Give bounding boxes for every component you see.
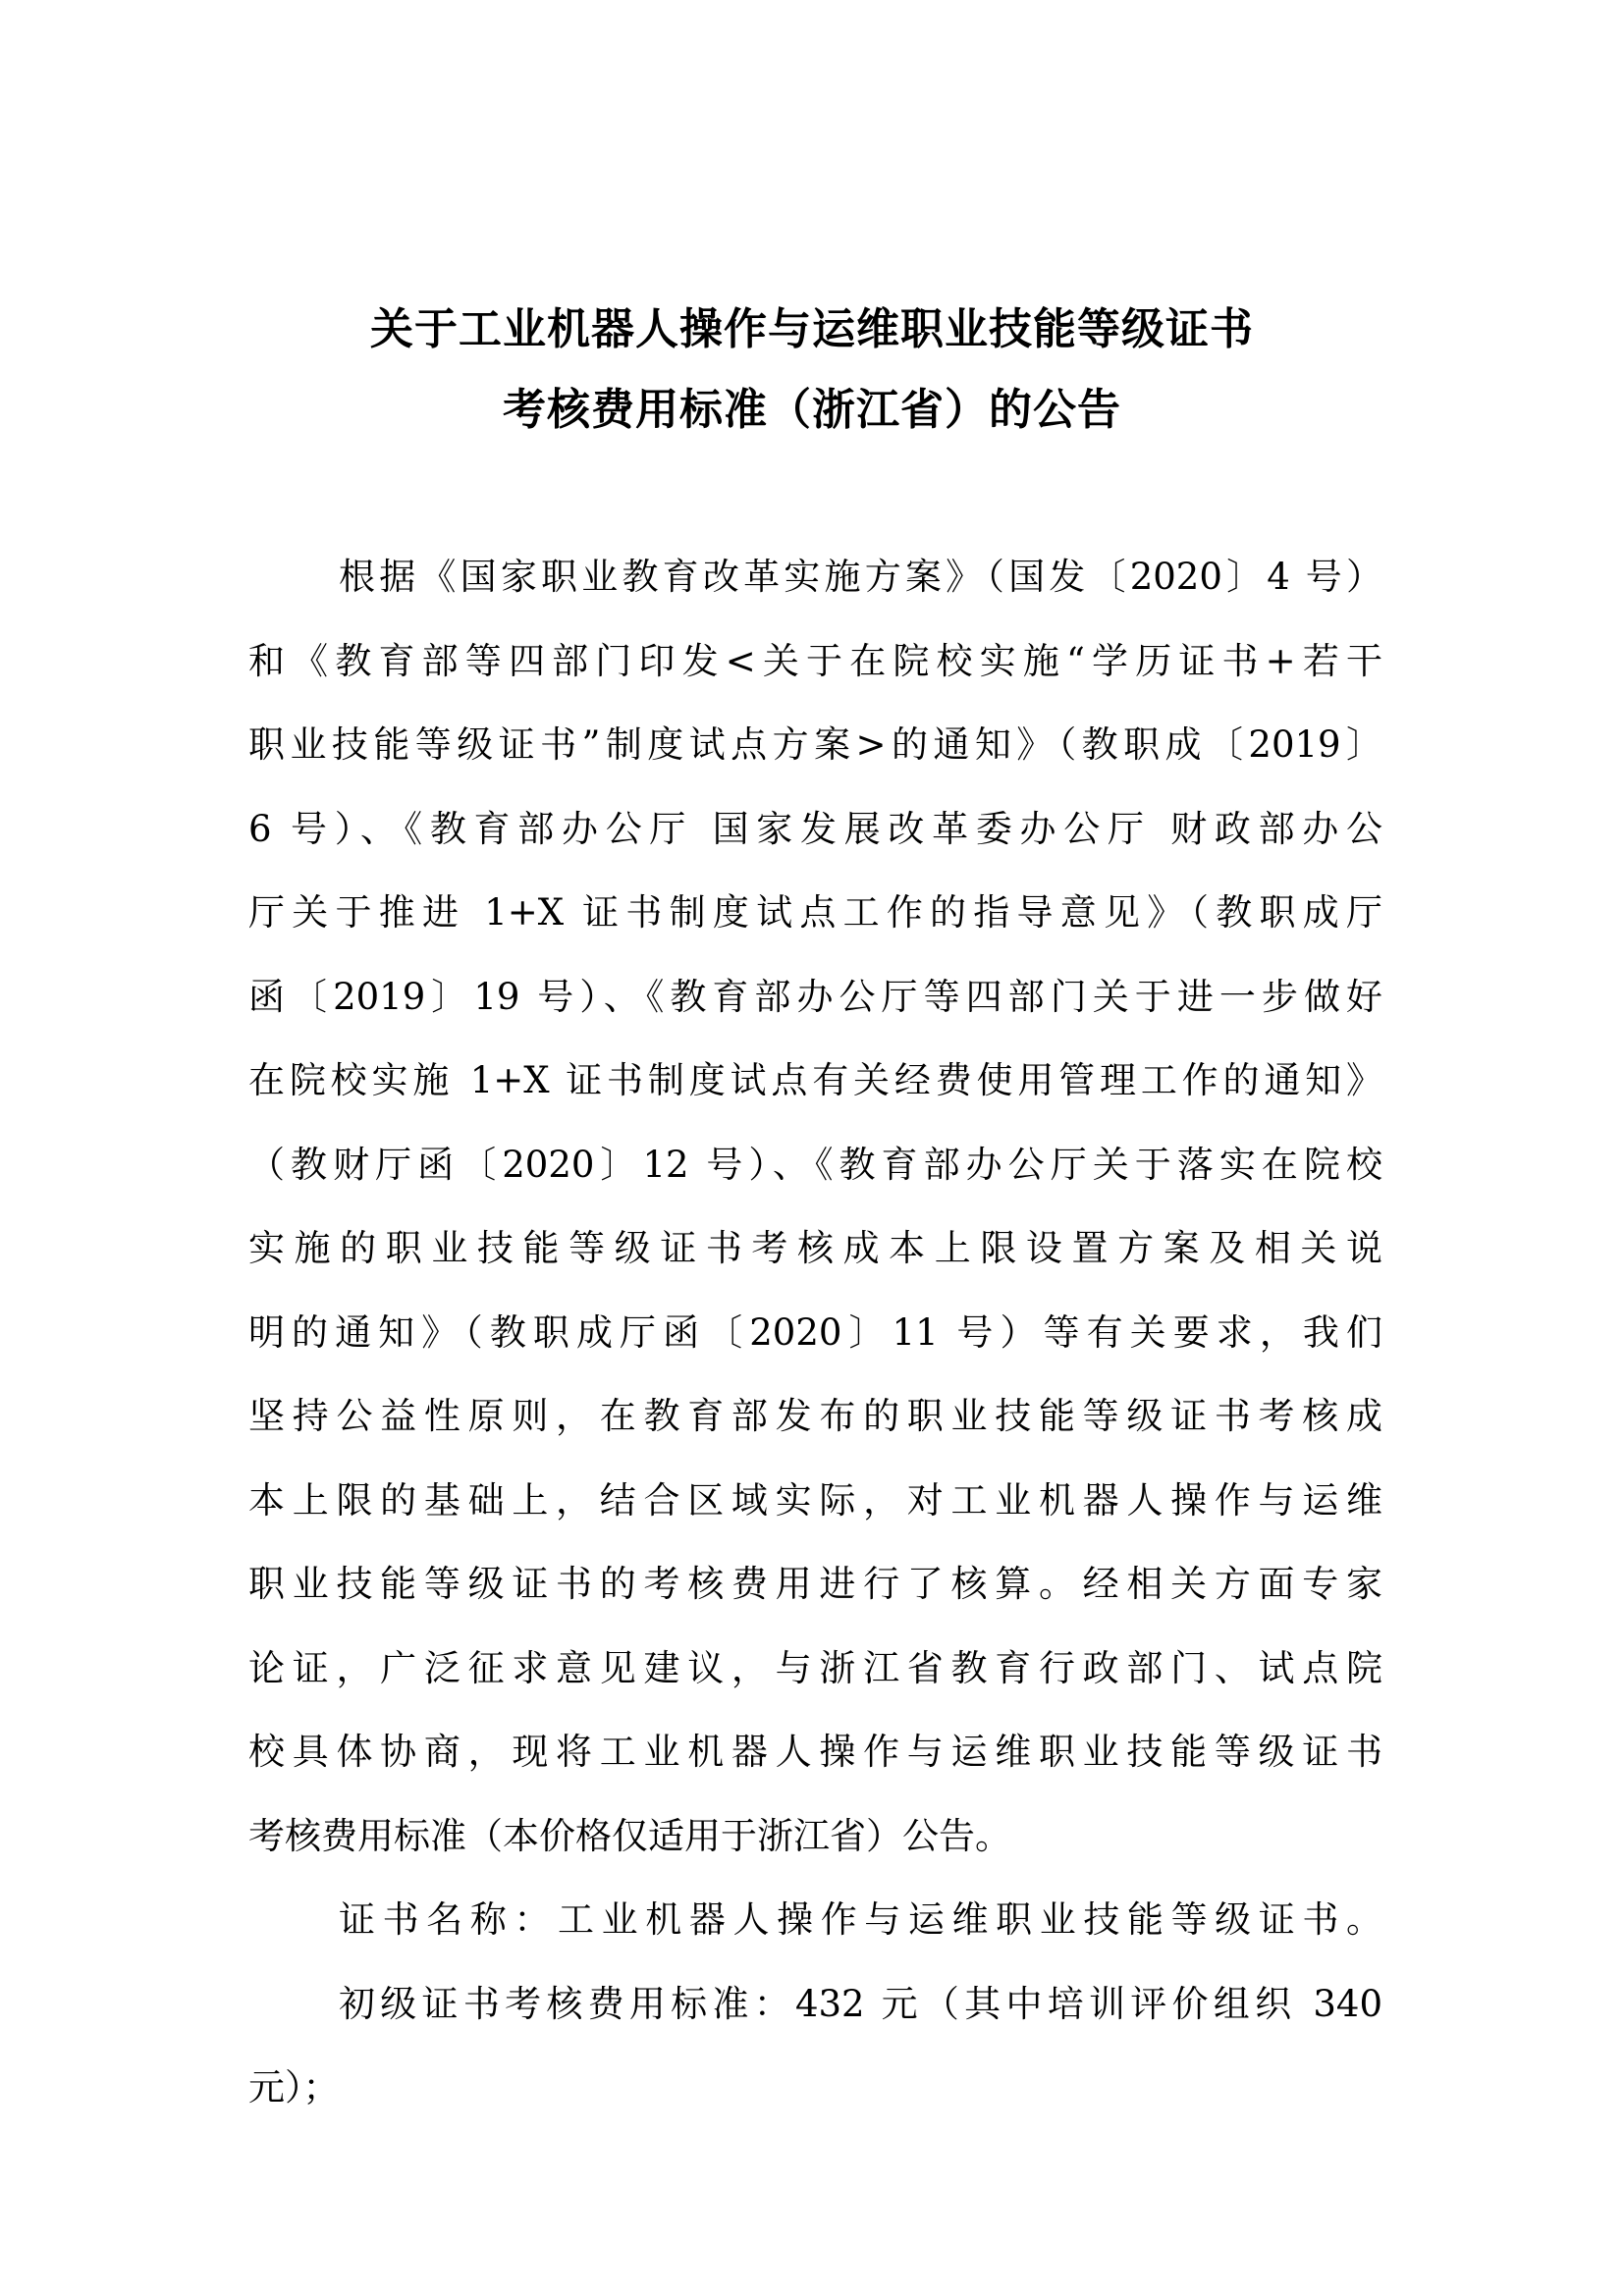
- fee-standard-line-continuation: 元）；: [248, 2060, 1382, 2145]
- body-line: 明的通知》（教职成厅函〔2020〕11 号）等有关要求，我们: [248, 1306, 1382, 1390]
- body-line: 职业技能等级证书”制度试点方案>的通知》（教职成〔2019〕: [248, 718, 1382, 802]
- body-line: 和《教育部等四部门印发<关于在院校实施“学历证书+若干: [248, 634, 1382, 719]
- body-line: 坚持公益性原则，在教育部发布的职业技能等级证书考核成: [248, 1389, 1382, 1473]
- document-page: 关于工业机器人操作与运维职业技能等级证书 考核费用标准（浙江省）的公告 根据《国…: [0, 0, 1624, 2296]
- body-line: 考核费用标准（本价格仅适用于浙江省）公告。: [248, 1809, 1382, 1894]
- body-line: 厅关于推进 1+X 证书制度试点工作的指导意见》（教职成厅: [248, 885, 1382, 970]
- body-line: 函〔2019〕19 号）、《教育部办公厅等四部门关于进一步做好: [248, 970, 1382, 1054]
- body-line: （教财厅函〔2020〕12 号）、《教育部办公厅关于落实在院校: [248, 1138, 1382, 1222]
- body-line: 本上限的基础上，结合区域实际，对工业机器人操作与运维: [248, 1473, 1382, 1558]
- certificate-name-line: 证书名称：工业机器人操作与运维职业技能等级证书。: [248, 1893, 1382, 1977]
- body-line: 校具体协商，现将工业机器人操作与运维职业技能等级证书: [248, 1725, 1382, 1809]
- body-line: 职业技能等级证书的考核费用进行了核算。经相关方面专家: [248, 1557, 1382, 1641]
- body-line: 根据《国家职业教育改革实施方案》（国发〔2020〕4 号）: [248, 550, 1382, 634]
- document-title-line-2: 考核费用标准（浙江省）的公告: [0, 383, 1624, 438]
- document-title-line-1: 关于工业机器人操作与运维职业技能等级证书: [0, 302, 1624, 357]
- document-body: 根据《国家职业教育改革实施方案》（国发〔2020〕4 号） 和《教育部等四部门印…: [248, 550, 1382, 2145]
- fee-standard-line: 初级证书考核费用标准：432 元（其中培训评价组织 340: [248, 1977, 1382, 2061]
- body-line: 实施的职业技能等级证书考核成本上限设置方案及相关说: [248, 1221, 1382, 1306]
- body-line: 论证，广泛征求意见建议，与浙江省教育行政部门、试点院: [248, 1641, 1382, 1726]
- body-line: 6 号）、《教育部办公厅 国家发展改革委办公厅 财政部办公: [248, 802, 1382, 886]
- body-line: 在院校实施 1+X 证书制度试点有关经费使用管理工作的通知》: [248, 1053, 1382, 1138]
